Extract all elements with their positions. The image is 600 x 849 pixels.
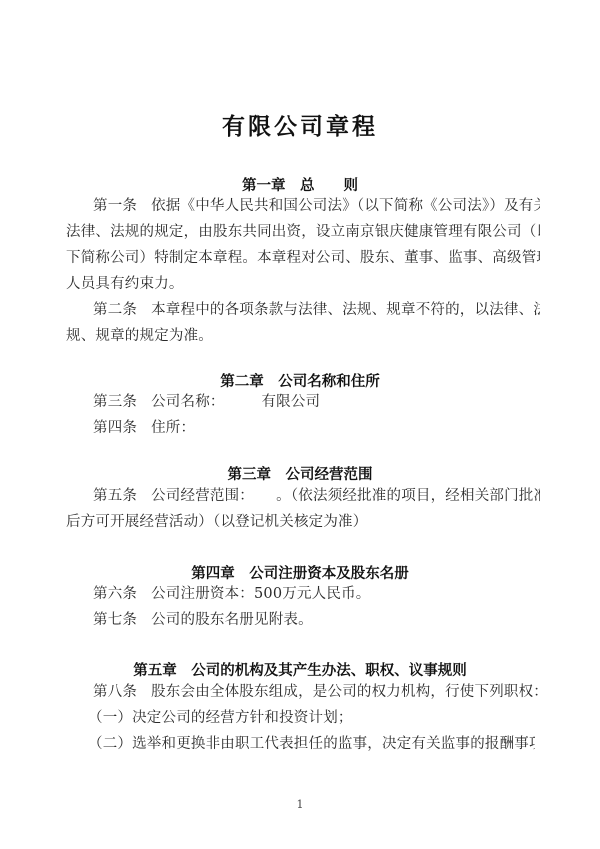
article-3-line-1: 第三条公司名称： 有限公司 bbox=[93, 392, 540, 412]
chapter-heading-1: 第一章 总 则 bbox=[0, 174, 600, 195]
article-1-line-2: 法律、法规的规定，由股东共同出资，设立南京银庆健康管理有限公司（以 bbox=[66, 222, 540, 242]
article-label: 第四条 bbox=[93, 420, 137, 436]
document-title: 有限公司章程 bbox=[0, 108, 600, 141]
article-6-line-1: 第六条公司注册资本：500万元人民币。 bbox=[93, 584, 540, 604]
chapter-heading-3: 第三章 公司经营范围 bbox=[0, 463, 600, 484]
article-label: 第六条 bbox=[93, 586, 137, 602]
article-4-line-1: 第四条住所： bbox=[93, 418, 540, 438]
article-1-line-3: 下简称公司）特制定本章程。本章程对公司、股东、董事、监事、高级管理 bbox=[66, 248, 540, 268]
article-7-line-1: 第七条公司的股东名册见附表。 bbox=[93, 610, 540, 630]
article-5-line-2: 后方可开展经营活动）（以登记机关核定为准） bbox=[66, 512, 540, 532]
article-1-line-1: 第一条依据《中华人民共和国公司法》（以下简称《公司法》）及有关 bbox=[93, 196, 540, 216]
article-label: 第八条 bbox=[93, 684, 137, 700]
article-text: 住所： bbox=[151, 420, 195, 436]
article-text: 本章程中的各项条款与法律、法规、规章不符的，以法律、法 bbox=[151, 302, 540, 318]
article-label: 第七条 bbox=[93, 612, 137, 628]
page-number: 1 bbox=[0, 798, 600, 811]
article-8-item-1: （一）决定公司的经营方针和投资计划； bbox=[88, 708, 535, 728]
chapter-heading-5: 第五章 公司的机构及其产生办法、职权、议事规则 bbox=[0, 659, 600, 680]
article-2-line-1: 第二条本章程中的各项条款与法律、法规、规章不符的，以法律、法 bbox=[93, 300, 540, 320]
article-text: 依据《中华人民共和国公司法》（以下简称《公司法》）及有关 bbox=[151, 198, 540, 214]
article-2-line-2: 规、规章的规定为准。 bbox=[66, 326, 540, 346]
article-1-line-4: 人员具有约束力。 bbox=[66, 274, 540, 294]
article-text: 公司注册资本：500万元人民币。 bbox=[151, 586, 370, 602]
article-label: 第五条 bbox=[93, 488, 137, 504]
article-5-line-1: 第五条公司经营范围： 。（依法须经批准的项目，经相关部门批准 bbox=[93, 486, 540, 506]
article-label: 第三条 bbox=[93, 394, 137, 410]
article-label: 第二条 bbox=[93, 302, 137, 318]
chapter-heading-2: 第二章 公司名称和住所 bbox=[0, 370, 600, 391]
article-8-item-2: （二）选举和更换非由职工代表担任的监事，决定有关监事的报酬事项； bbox=[88, 734, 535, 754]
document-page: 有限公司章程 第一章 总 则 第一条依据《中华人民共和国公司法》（以下简称《公司… bbox=[0, 0, 600, 849]
chapter-heading-4: 第四章 公司注册资本及股东名册 bbox=[0, 562, 600, 583]
article-text: 公司的股东名册见附表。 bbox=[151, 612, 313, 628]
article-text: 股东会由全体股东组成，是公司的权力机构，行使下列职权： bbox=[151, 684, 540, 700]
article-label: 第一条 bbox=[93, 198, 137, 214]
article-text: 公司经营范围： 。（依法须经批准的项目，经相关部门批准 bbox=[151, 488, 540, 504]
article-text: 公司名称： 有限公司 bbox=[151, 394, 320, 410]
article-8-line-1: 第八条股东会由全体股东组成，是公司的权力机构，行使下列职权： bbox=[93, 682, 540, 702]
